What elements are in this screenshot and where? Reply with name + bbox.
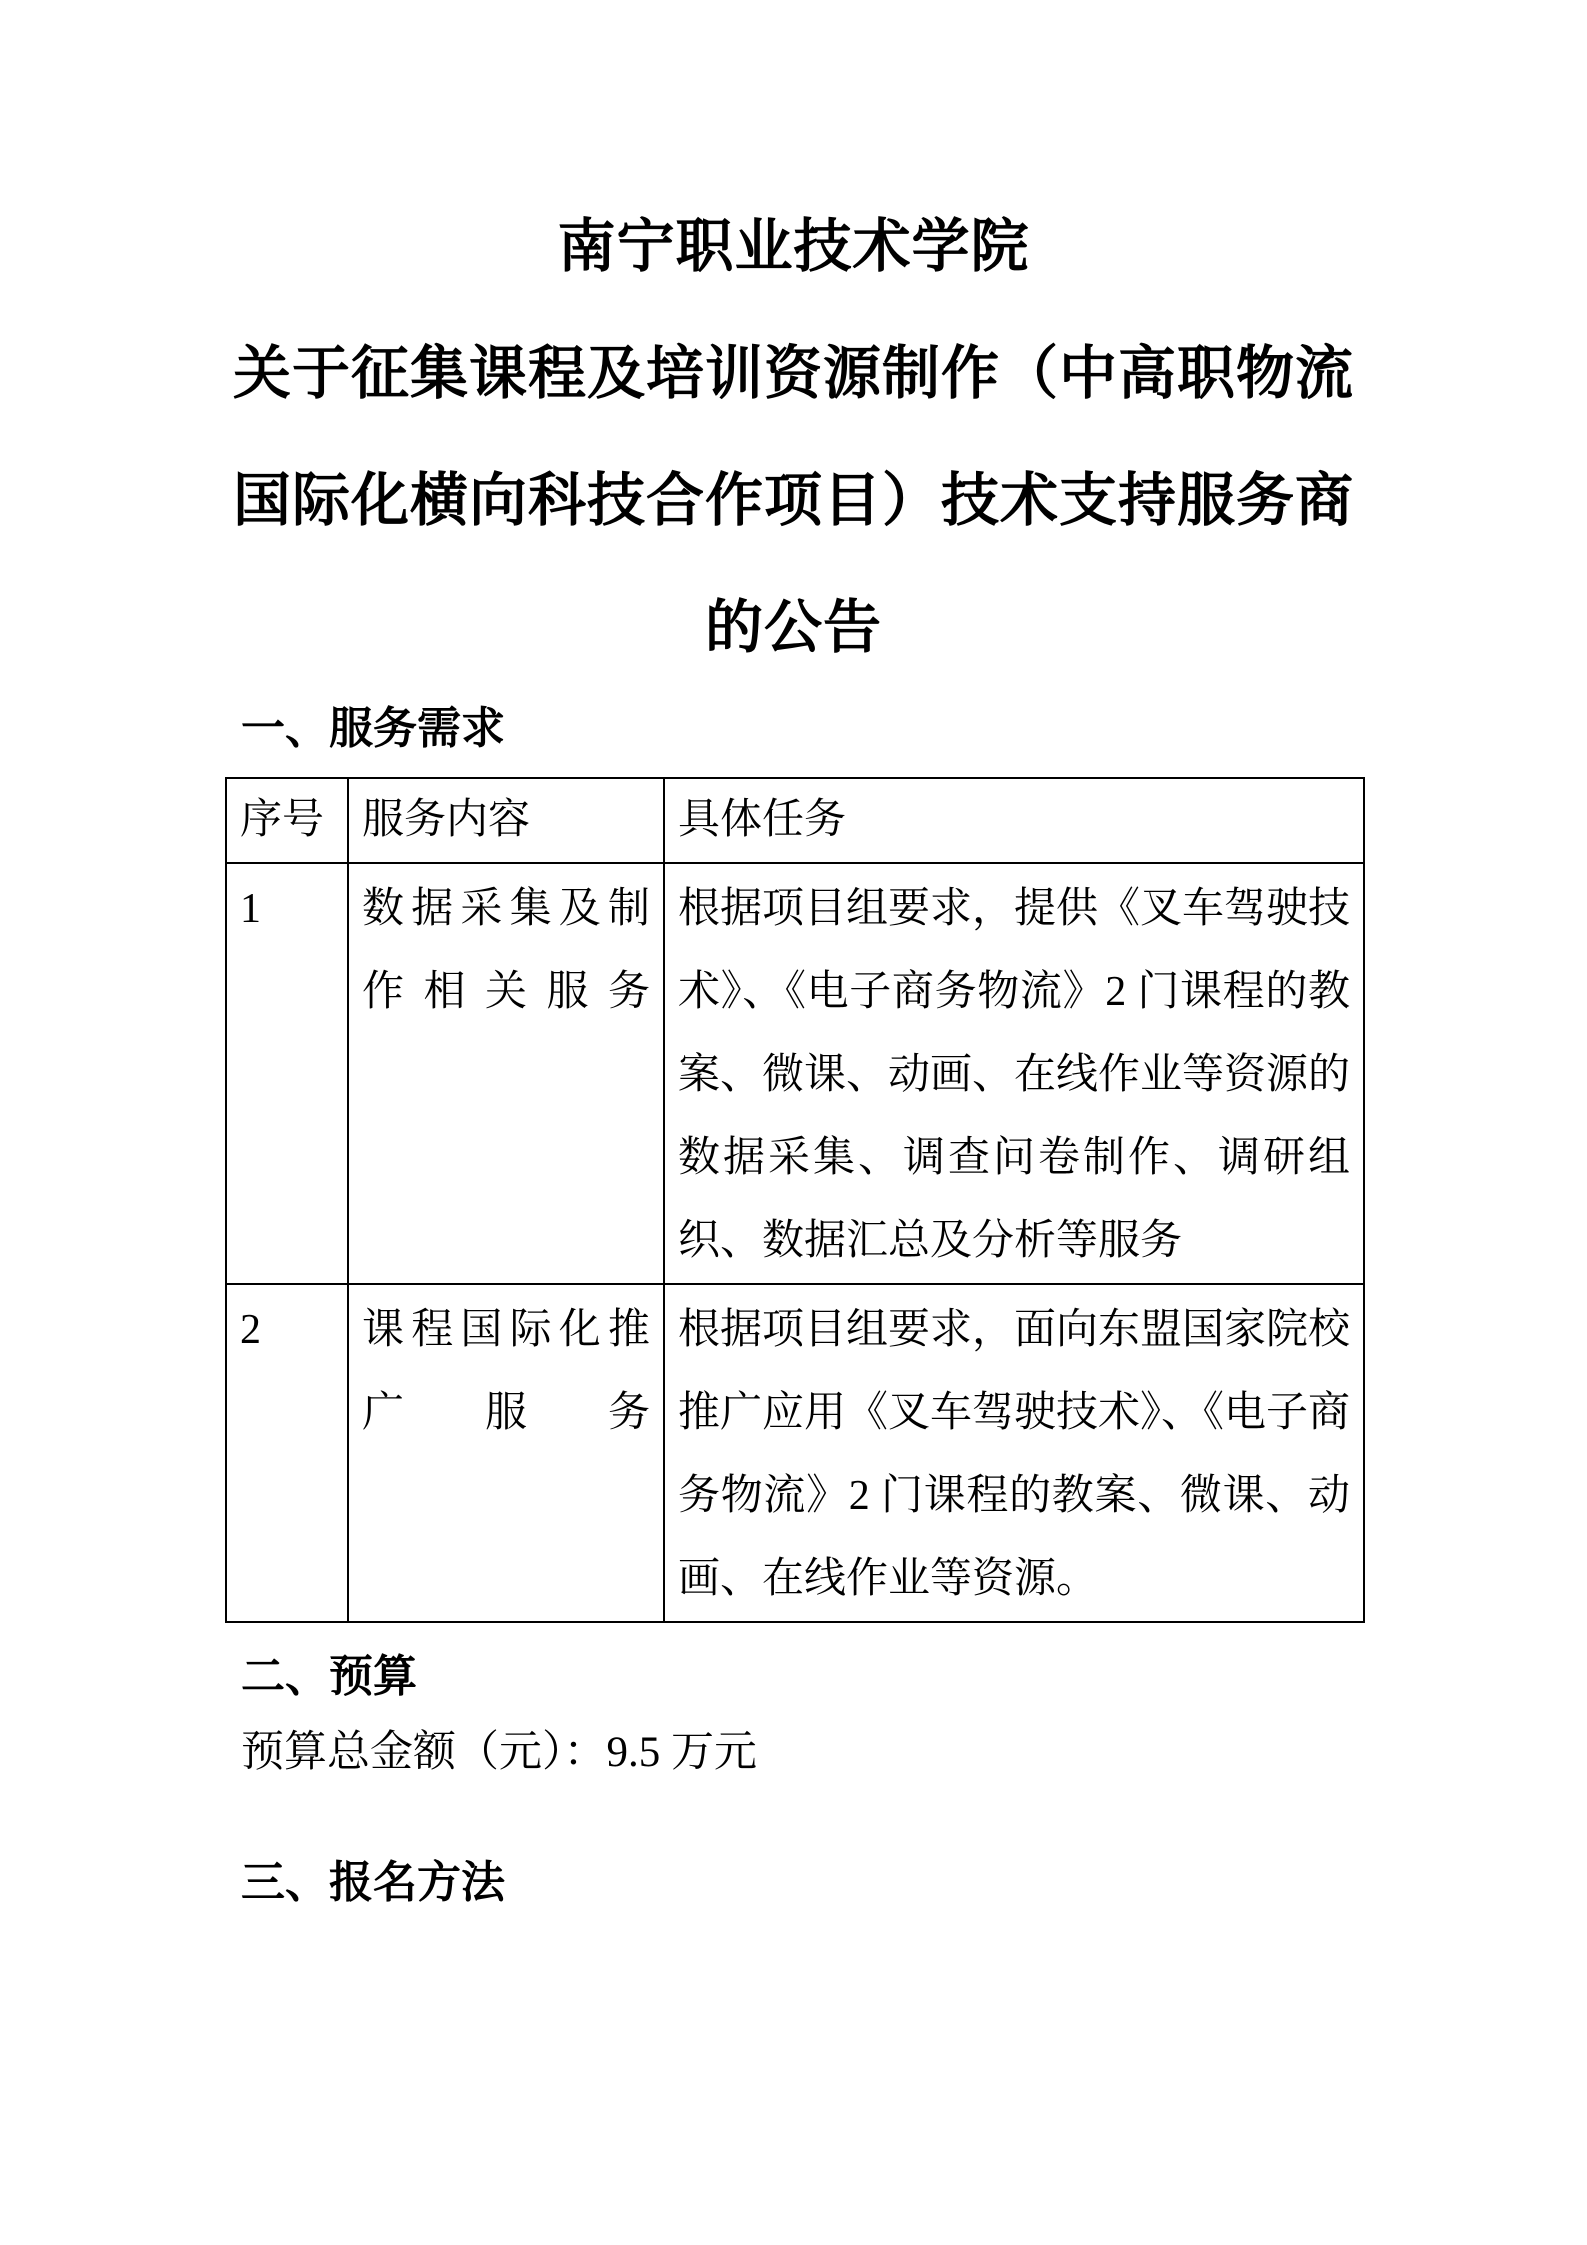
section-heading-budget: 二、预算: [241, 1649, 1587, 1705]
row1-task-cell: 根据项目组要求，提供《叉车驾驶技术》、《电子商务物流》2 门课程的教案、微课、动…: [664, 863, 1364, 1284]
table-row: 1 数据采集及制作相关服务 根据项目组要求，提供《叉车驾驶技术》、《电子商务物流…: [226, 863, 1364, 1284]
service-requirements-table: 序号 服务内容 具体任务 1 数据采集及制作相关服务 根据项目组要求，提供《叉车…: [225, 777, 1365, 1623]
row2-no-cell: 2: [226, 1284, 348, 1622]
table-header-task: 具体任务: [664, 778, 1364, 863]
row2-task-cell: 根据项目组要求，面向东盟国家院校推广应用《叉车驾驶技术》、《电子商务物流》2 门…: [664, 1284, 1364, 1622]
document-page: 南宁职业技术学院 关于征集课程及培训资源制作（中高职物流 国际化横向科技合作项目…: [0, 0, 1587, 2245]
section-heading-signup: 三、报名方法: [241, 1855, 1587, 1911]
table-header-service: 服务内容: [348, 778, 664, 863]
row2-service-cell: 课程国际化推广服务: [348, 1284, 664, 1622]
document-title-line-2: 关于征集课程及培训资源制作（中高职物流: [0, 310, 1587, 437]
row1-service-cell: 数据采集及制作相关服务: [348, 863, 664, 1284]
budget-amount-text: 预算总金额（元）：9.5 万元: [241, 1721, 1587, 1785]
row1-no-cell: 1: [226, 863, 348, 1284]
table-header-no: 序号: [226, 778, 348, 863]
document-title: 南宁职业技术学院 关于征集课程及培训资源制作（中高职物流 国际化横向科技合作项目…: [0, 183, 1587, 691]
document-title-line-4: 的公告: [0, 564, 1587, 691]
table-row: 2 课程国际化推广服务 根据项目组要求，面向东盟国家院校推广应用《叉车驾驶技术》…: [226, 1284, 1364, 1622]
section-heading-service-demand: 一、服务需求: [241, 701, 1587, 757]
table-header-row: 序号 服务内容 具体任务: [226, 778, 1364, 863]
document-title-line-1: 南宁职业技术学院: [0, 183, 1587, 310]
document-title-line-3: 国际化横向科技合作项目）技术支持服务商: [0, 437, 1587, 564]
